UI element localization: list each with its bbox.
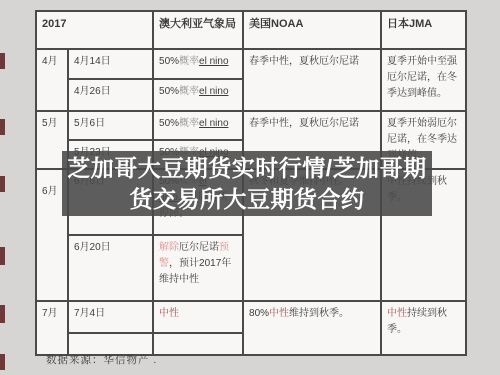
table-row: 7月 7月4日 中性 80%中性维持到秋季。 中性持续到秋季。 <box>36 301 466 333</box>
photo-edge-artifact <box>0 119 5 135</box>
date-cell: 7月4日 <box>68 301 153 333</box>
abm-forecast-cell: 50%概率el nino <box>153 111 243 140</box>
noaa-forecast-cell: 春季中性，夏秋厄尔尼诺 <box>243 49 381 111</box>
month-cell: 7月 <box>36 301 68 355</box>
abm-forecast-cell <box>153 333 243 355</box>
noaa-column-header: 美国NOAA <box>243 11 381 49</box>
photo-edge-artifact <box>0 176 5 192</box>
table-row: 5月 5月6日 50%概率el nino 春季中性，夏秋厄尔尼诺 夏季开始弱厄尔… <box>36 111 466 140</box>
data-source-note: 数据来源：华信物产 . <box>46 352 157 367</box>
table-row: 4月 4月14日 50%概率el nino 春季中性，夏秋厄尔尼诺 夏季开始中至… <box>36 49 466 79</box>
article-photo: 2017 澳大利亚气象局 美国NOAA 日本JMA 4月 4月14日 50%概率… <box>0 0 500 375</box>
date-cell: 4月26日 <box>68 79 153 111</box>
photo-edge-artifact <box>0 53 5 69</box>
headline-line1: 芝加哥大豆期货实时行情/芝加哥期 <box>67 153 426 184</box>
abm-forecast-cell: 解除厄尔尼诺预警，预计2017年维持中性 <box>153 235 243 301</box>
noaa-forecast-cell: 80%中性维持到秋季。 <box>243 301 381 355</box>
jma-forecast-cell: 中性持续到秋季。 <box>381 301 466 355</box>
date-cell: 4月14日 <box>68 49 153 79</box>
date-cell: 5月6日 <box>68 111 153 140</box>
header-row: 2017 澳大利亚气象局 美国NOAA 日本JMA <box>36 11 466 49</box>
date-cell: 6月20日 <box>68 235 153 301</box>
jma-column-header: 日本JMA <box>381 11 466 49</box>
headline-line2: 货交易所大豆期货合约 <box>130 184 365 215</box>
month-cell: 4月 <box>36 49 68 111</box>
photo-edge-artifact <box>0 247 5 265</box>
jma-forecast-cell: 夏季开始中至强厄尔尼诺，在冬季达到峰值。 <box>381 49 466 111</box>
abm-forecast-cell: 中性 <box>153 301 243 333</box>
headline-overlay: 芝加哥大豆期货实时行情/芝加哥期 货交易所大豆期货合约 <box>62 151 432 216</box>
abm-forecast-cell: 50%概率el nino <box>153 79 243 111</box>
photo-edge-artifact <box>0 354 5 370</box>
abm-forecast-cell: 50%概率el nino <box>153 49 243 79</box>
photo-edge-artifact <box>0 305 5 323</box>
abm-column-header: 澳大利亚气象局 <box>153 11 243 49</box>
year-header: 2017 <box>36 11 153 49</box>
